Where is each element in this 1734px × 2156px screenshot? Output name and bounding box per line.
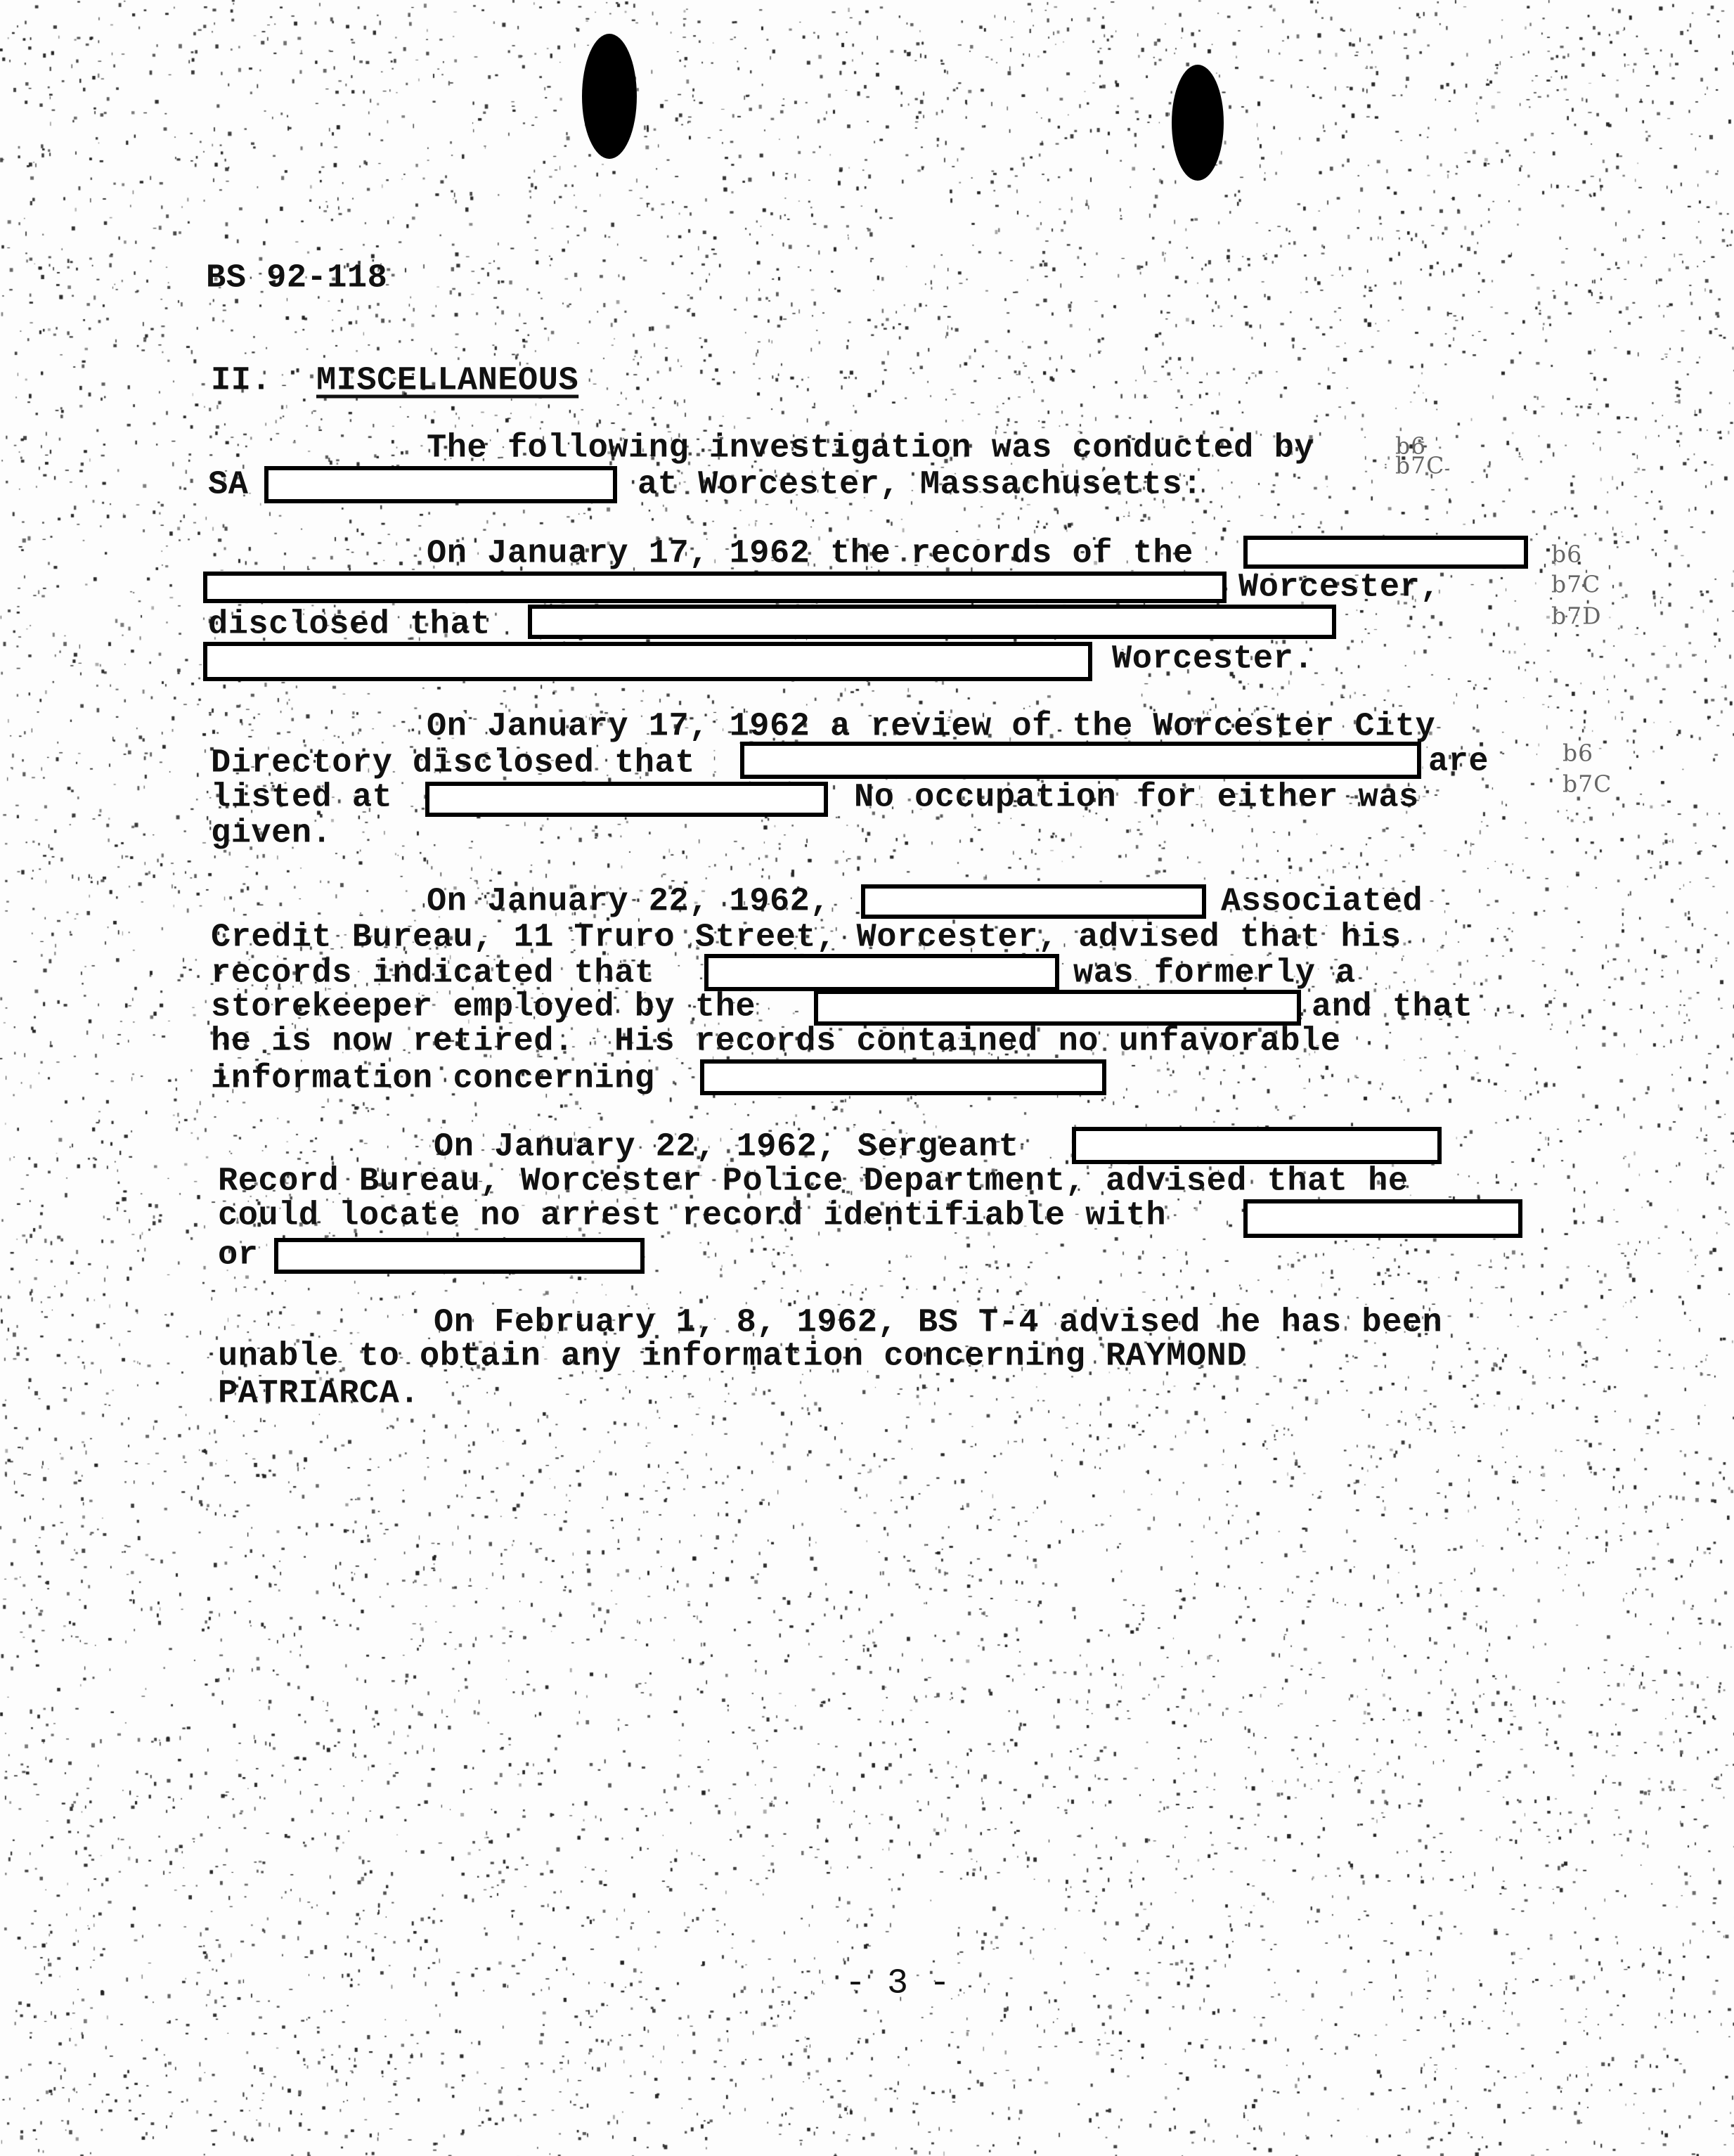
paragraph-4-line: Record Bureau, Worcester Police Departme…: [218, 1166, 1409, 1199]
document-page: BS 92-118 II. MISCELLANEOUS The followin…: [0, 0, 1734, 2156]
redaction-box: [704, 954, 1059, 991]
exemption-code: b6: [1562, 742, 1593, 765]
exemption-code: b7D: [1551, 605, 1602, 628]
paragraph-1-line: Worcester,: [1238, 572, 1440, 605]
paragraph-3-line: records indicated that: [211, 957, 655, 990]
page-number: - 3 -: [845, 1964, 950, 2004]
paragraph-2-line: No occupation for either was: [854, 782, 1419, 815]
redaction-box: [203, 572, 1227, 603]
redaction-box: [425, 782, 828, 817]
redaction-box: [274, 1238, 645, 1274]
paragraph-3-line: and that: [1312, 991, 1473, 1024]
intro-line-1: The following investigation was conducte…: [427, 432, 1314, 465]
paragraph-4-line: On January 22, 1962, Sergeant: [434, 1131, 1018, 1164]
redaction-box: [814, 990, 1301, 1026]
paragraph-3-line: information concerning: [211, 1063, 655, 1096]
paragraph-3-line: Associated: [1221, 886, 1423, 919]
section-title: MISCELLANEOUS: [316, 365, 578, 398]
paragraph-3-line: was formerly a: [1073, 957, 1356, 990]
paragraph-2-line: listed at: [211, 782, 392, 815]
paragraph-5-line: unable to obtain any information concern…: [218, 1341, 1247, 1374]
redaction-box: [1243, 1199, 1522, 1238]
intro-line-2-suffix: at Worcester, Massachusetts:: [638, 469, 1203, 502]
exemption-code: b7C: [1551, 573, 1600, 596]
paragraph-4-line: or: [218, 1239, 258, 1272]
redaction-box: [528, 605, 1336, 639]
punch-hole-right: [1172, 65, 1224, 181]
paragraph-2-line: are: [1428, 746, 1489, 779]
exemption-code: b7C: [1562, 773, 1612, 796]
paragraph-5-line: On February 1, 8, 1962, BS T-4 advised h…: [434, 1307, 1442, 1340]
paragraph-4-line: could locate no arrest record identifiab…: [218, 1200, 1166, 1233]
paragraph-2-line: On January 17, 1962 a review of the Worc…: [427, 711, 1435, 744]
redaction-box: [740, 742, 1421, 779]
redaction-box: [1243, 536, 1528, 569]
paragraph-5-line: PATRIARCA.: [218, 1378, 420, 1411]
punch-hole-left: [582, 34, 637, 159]
section-number: II.: [211, 365, 271, 398]
paragraph-1-line: On January 17, 1962 the records of the: [427, 538, 1193, 571]
paragraph-2-line: Directory disclosed that: [211, 747, 695, 780]
exemption-code: b6: [1551, 543, 1582, 566]
paragraph-2-line: given.: [211, 818, 332, 851]
redaction-box: [203, 642, 1092, 681]
redaction-box: [700, 1059, 1106, 1095]
paragraph-1-line: disclosed that: [208, 609, 491, 642]
intro-line-2-prefix: SA: [208, 469, 248, 502]
paragraph-3-line: he is now retired. His records contained…: [211, 1026, 1340, 1059]
redaction-box: [1072, 1127, 1442, 1164]
redaction-box: [264, 466, 617, 503]
paragraph-3-line: On January 22, 1962,: [427, 886, 830, 919]
paragraph-3-line: storekeeper employed by the: [211, 991, 756, 1024]
file-number: BS 92-118: [206, 262, 387, 295]
redaction-box: [861, 884, 1206, 919]
paragraph-1-line: Worcester.: [1112, 643, 1314, 676]
exemption-code: b7C: [1395, 454, 1444, 477]
paragraph-3-line: Credit Bureau, 11 Truro Street, Worceste…: [211, 922, 1402, 955]
